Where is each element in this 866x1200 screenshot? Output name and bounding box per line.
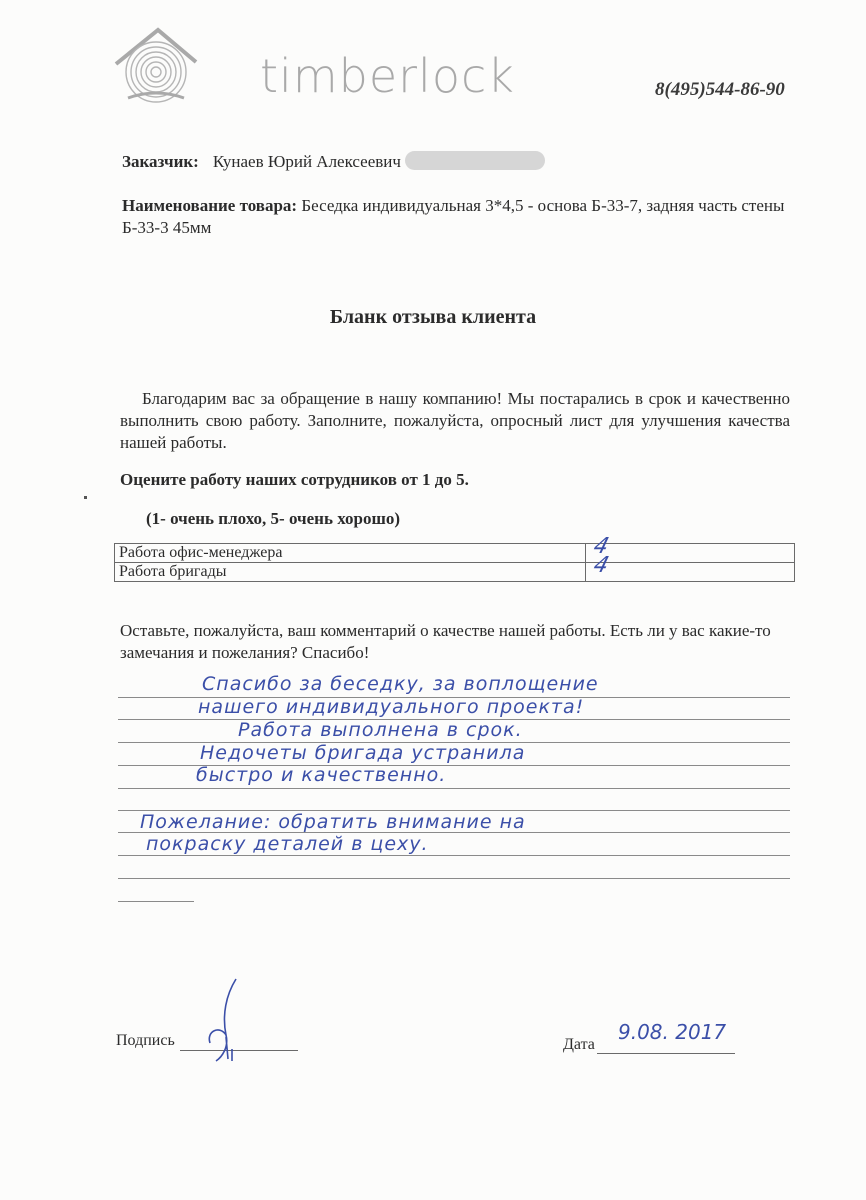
brand-name: timberlock: [260, 46, 515, 106]
comment-prompt: Оставьте, пожалуйста, ваш комментарий о …: [120, 620, 792, 664]
ruled-line: [118, 788, 790, 789]
signature-label: Подпись: [116, 1032, 175, 1050]
redacted-phone: [405, 151, 545, 170]
handwritten-comment-line: Пожелание: обратить внимание на: [140, 811, 526, 833]
rating-label: Работа офис-менеджера: [115, 544, 586, 563]
date-line[interactable]: [597, 1053, 735, 1054]
table-row: Работа офис-менеджера 4: [115, 544, 795, 563]
customer-name: Кунаев Юрий Алексеевич: [213, 152, 401, 171]
customer-label: Заказчик:: [122, 152, 199, 171]
handwritten-comment-line: Недочеты бригада устранила: [200, 742, 525, 764]
handwritten-comment-line: покраску деталей в цеху.: [146, 833, 429, 855]
ruled-line-short: [118, 901, 194, 902]
date-label: Дата: [563, 1036, 595, 1054]
handwritten-comment-line: быстро и качественно.: [196, 764, 446, 786]
ratings-table: Работа офис-менеджера 4 Работа бригады 4: [114, 543, 795, 582]
log-house-rings-icon: [112, 26, 242, 106]
ruled-line: [118, 855, 790, 856]
customer-row: Заказчик:Кунаев Юрий Алексеевич: [122, 151, 545, 173]
rating-label: Работа бригады: [115, 563, 586, 582]
rating-score-cell[interactable]: 4: [586, 544, 795, 563]
ruled-line: [118, 878, 790, 879]
rating-heading: Оцените работу наших сотрудников от 1 до…: [120, 469, 469, 491]
handwritten-comment-line: Работа выполнена в срок.: [238, 719, 523, 741]
table-row: Работа бригады 4: [115, 563, 795, 582]
scan-speck: [84, 496, 87, 499]
company-logo: timberlock: [112, 26, 452, 106]
company-phone: 8(495)544-86-90: [655, 79, 785, 101]
handwritten-comment-line: Спасибо за беседку, за воплощение: [202, 673, 599, 695]
product-label: Наименование товара:: [122, 196, 297, 215]
date-value: 9.08. 2017: [618, 1020, 726, 1044]
rating-scale: (1- очень плохо, 5- очень хорошо): [146, 508, 400, 530]
form-title: Бланк отзыва клиента: [0, 306, 866, 329]
rating-score-cell[interactable]: 4: [586, 563, 795, 582]
handwritten-comment-line: нашего индивидуального проекта!: [198, 696, 584, 718]
product-row: Наименование товара: Беседка индивидуаль…: [122, 195, 802, 239]
signature-scribble-icon: [196, 975, 256, 1065]
intro-paragraph: Благодарим вас за обращение в нашу компа…: [120, 388, 790, 454]
